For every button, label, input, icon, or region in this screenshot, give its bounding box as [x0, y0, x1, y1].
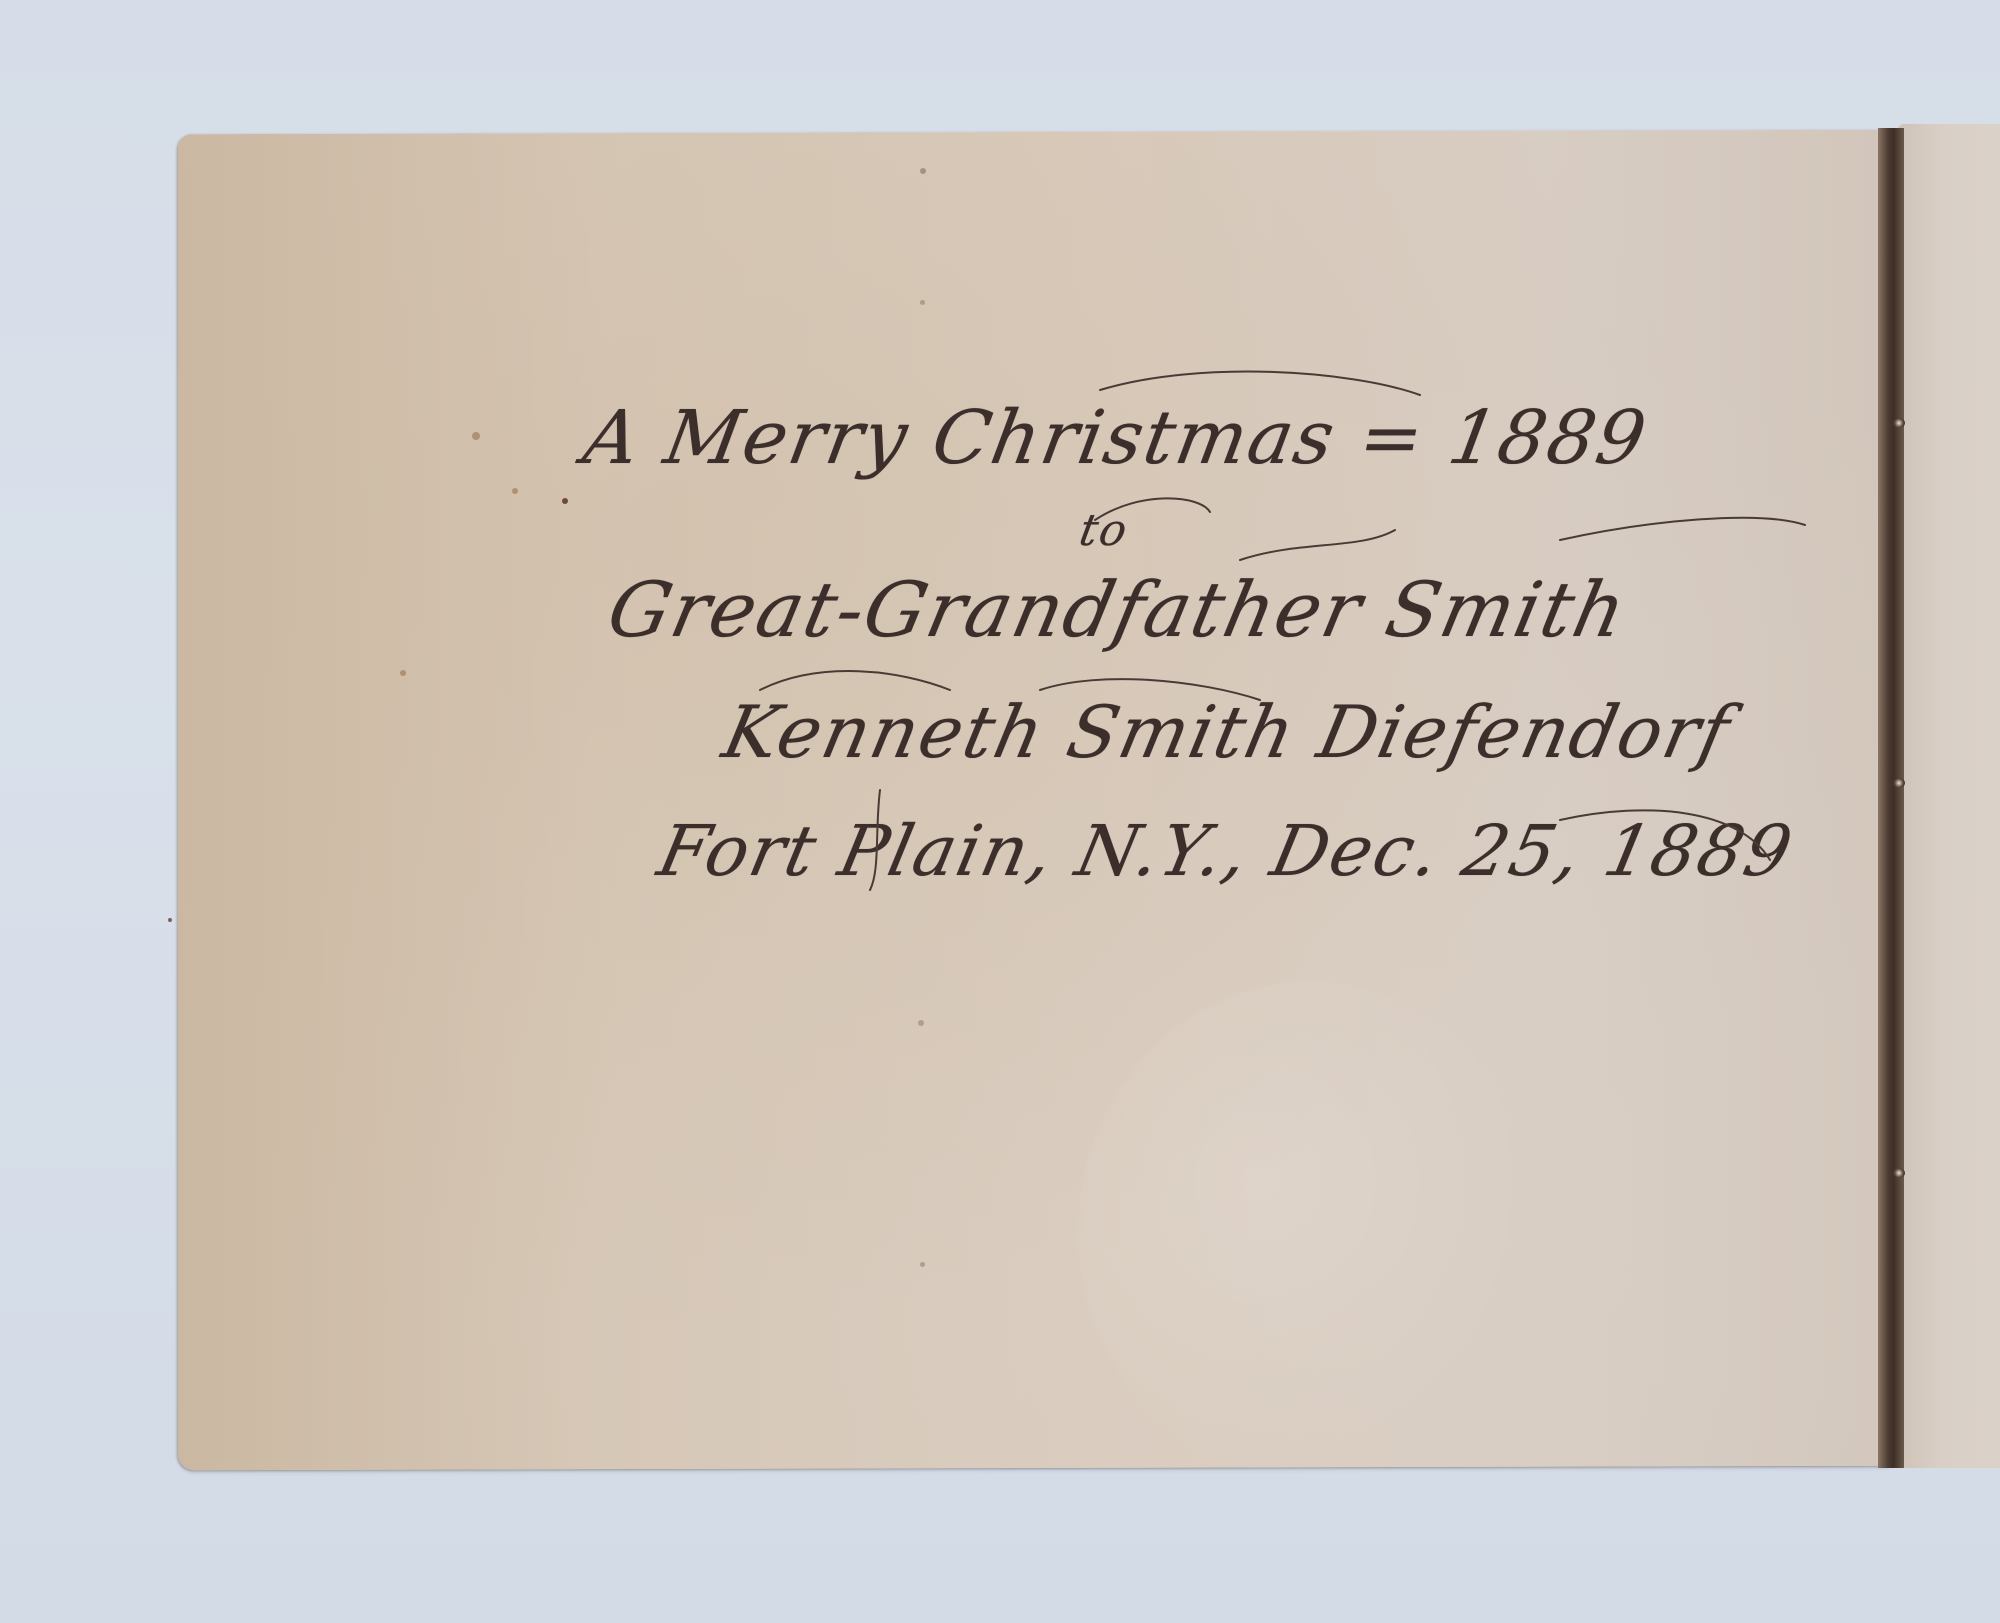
inscription: A Merry Christmas = 1889 to Great-Grandf…	[0, 0, 2000, 1623]
sender-line: Kenneth Smith Diefendorf	[716, 690, 1738, 774]
recipient-line: Great-Grandfather Smith	[601, 565, 1636, 654]
greeting-line: A Merry Christmas = 1889	[577, 395, 1653, 481]
place-date-line: Fort Plain, N.Y., Dec. 25, 1889	[651, 810, 1800, 892]
to-line: to	[1076, 505, 1133, 556]
